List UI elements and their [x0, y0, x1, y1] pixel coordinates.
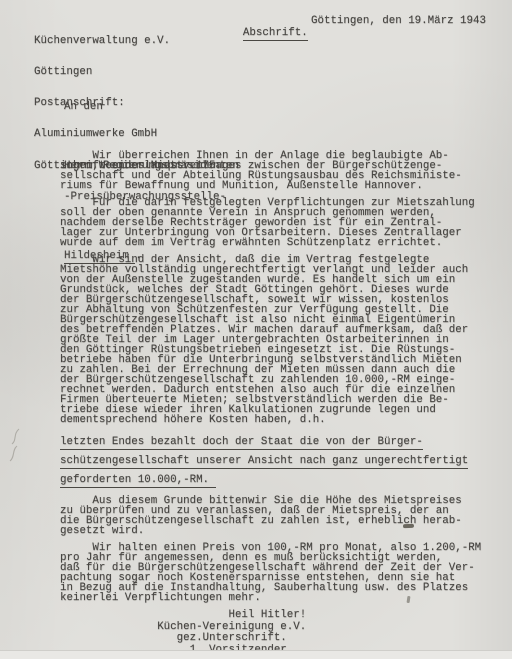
recipient-salutation: An den	[64, 102, 239, 112]
document-type-label: Abschrift.	[243, 27, 308, 41]
pencil-mark	[5, 426, 27, 464]
spacer	[64, 133, 239, 140]
text-line: gez.Unterschrift.	[60, 633, 508, 645]
underlined-text: letzten Endes bezahlt doch der Staat die…	[60, 436, 423, 450]
text-line: dementsprechend höhere Kosten haben, d.h…	[60, 415, 508, 425]
text-line: gesetzt wird.	[60, 526, 508, 536]
paragraph: Wir halten einen Preis von 100,-RM pro M…	[60, 543, 508, 603]
ink-smudge	[403, 524, 414, 528]
paragraph: Wir sind der Ansicht, daß die im Vertrag…	[60, 255, 508, 425]
sender-line: Göttingen	[34, 67, 222, 77]
scanned-letter-page: Küchenverwaltung e.V. Göttingen Postansc…	[0, 0, 512, 659]
emphasis-block: letzten Endes bezahlt doch der Staat die…	[60, 433, 508, 490]
text-line: letzten Endes bezahlt doch der Staat die…	[60, 433, 508, 452]
document-type-heading: Abschrift.	[217, 15, 308, 51]
underlined-text: geforderten 10.000,-RM.	[60, 474, 216, 488]
dateline: Göttingen, den 19.März 1943	[311, 15, 486, 27]
paragraph: Aus diesem Grunde bittenwir Sie die Höhe…	[60, 496, 508, 536]
text-line: keinerlei Verpflichtungen mehr.	[60, 593, 508, 603]
text-line: wurde auf dem im Vertrag erwähnten Schüt…	[60, 238, 508, 248]
text-line: Heil Hitler!	[60, 610, 508, 622]
sender-line: Küchenverwaltung e.V.	[34, 36, 222, 46]
text-line: riums für Bewaffnung und Munition, Außen…	[60, 181, 508, 191]
underlined-text: schützengesellschaft unserer Ansicht nac…	[60, 455, 468, 469]
closing-block: Heil Hitler! Küchen-Vereinigung e.V. gez…	[60, 610, 508, 656]
text-line: schützengesellschaft unserer Ansicht nac…	[60, 452, 508, 471]
paragraph: Für die darin festgelegten Verpflichtung…	[60, 198, 508, 248]
text-line: 1. Vorsitzender.	[60, 645, 508, 657]
text-line: geforderten 10.000,-RM.	[60, 471, 508, 490]
letter-body: Wir überreichen Ihnen in der Anlage die …	[60, 151, 508, 656]
paragraph: Wir überreichen Ihnen in der Anlage die …	[60, 151, 508, 191]
